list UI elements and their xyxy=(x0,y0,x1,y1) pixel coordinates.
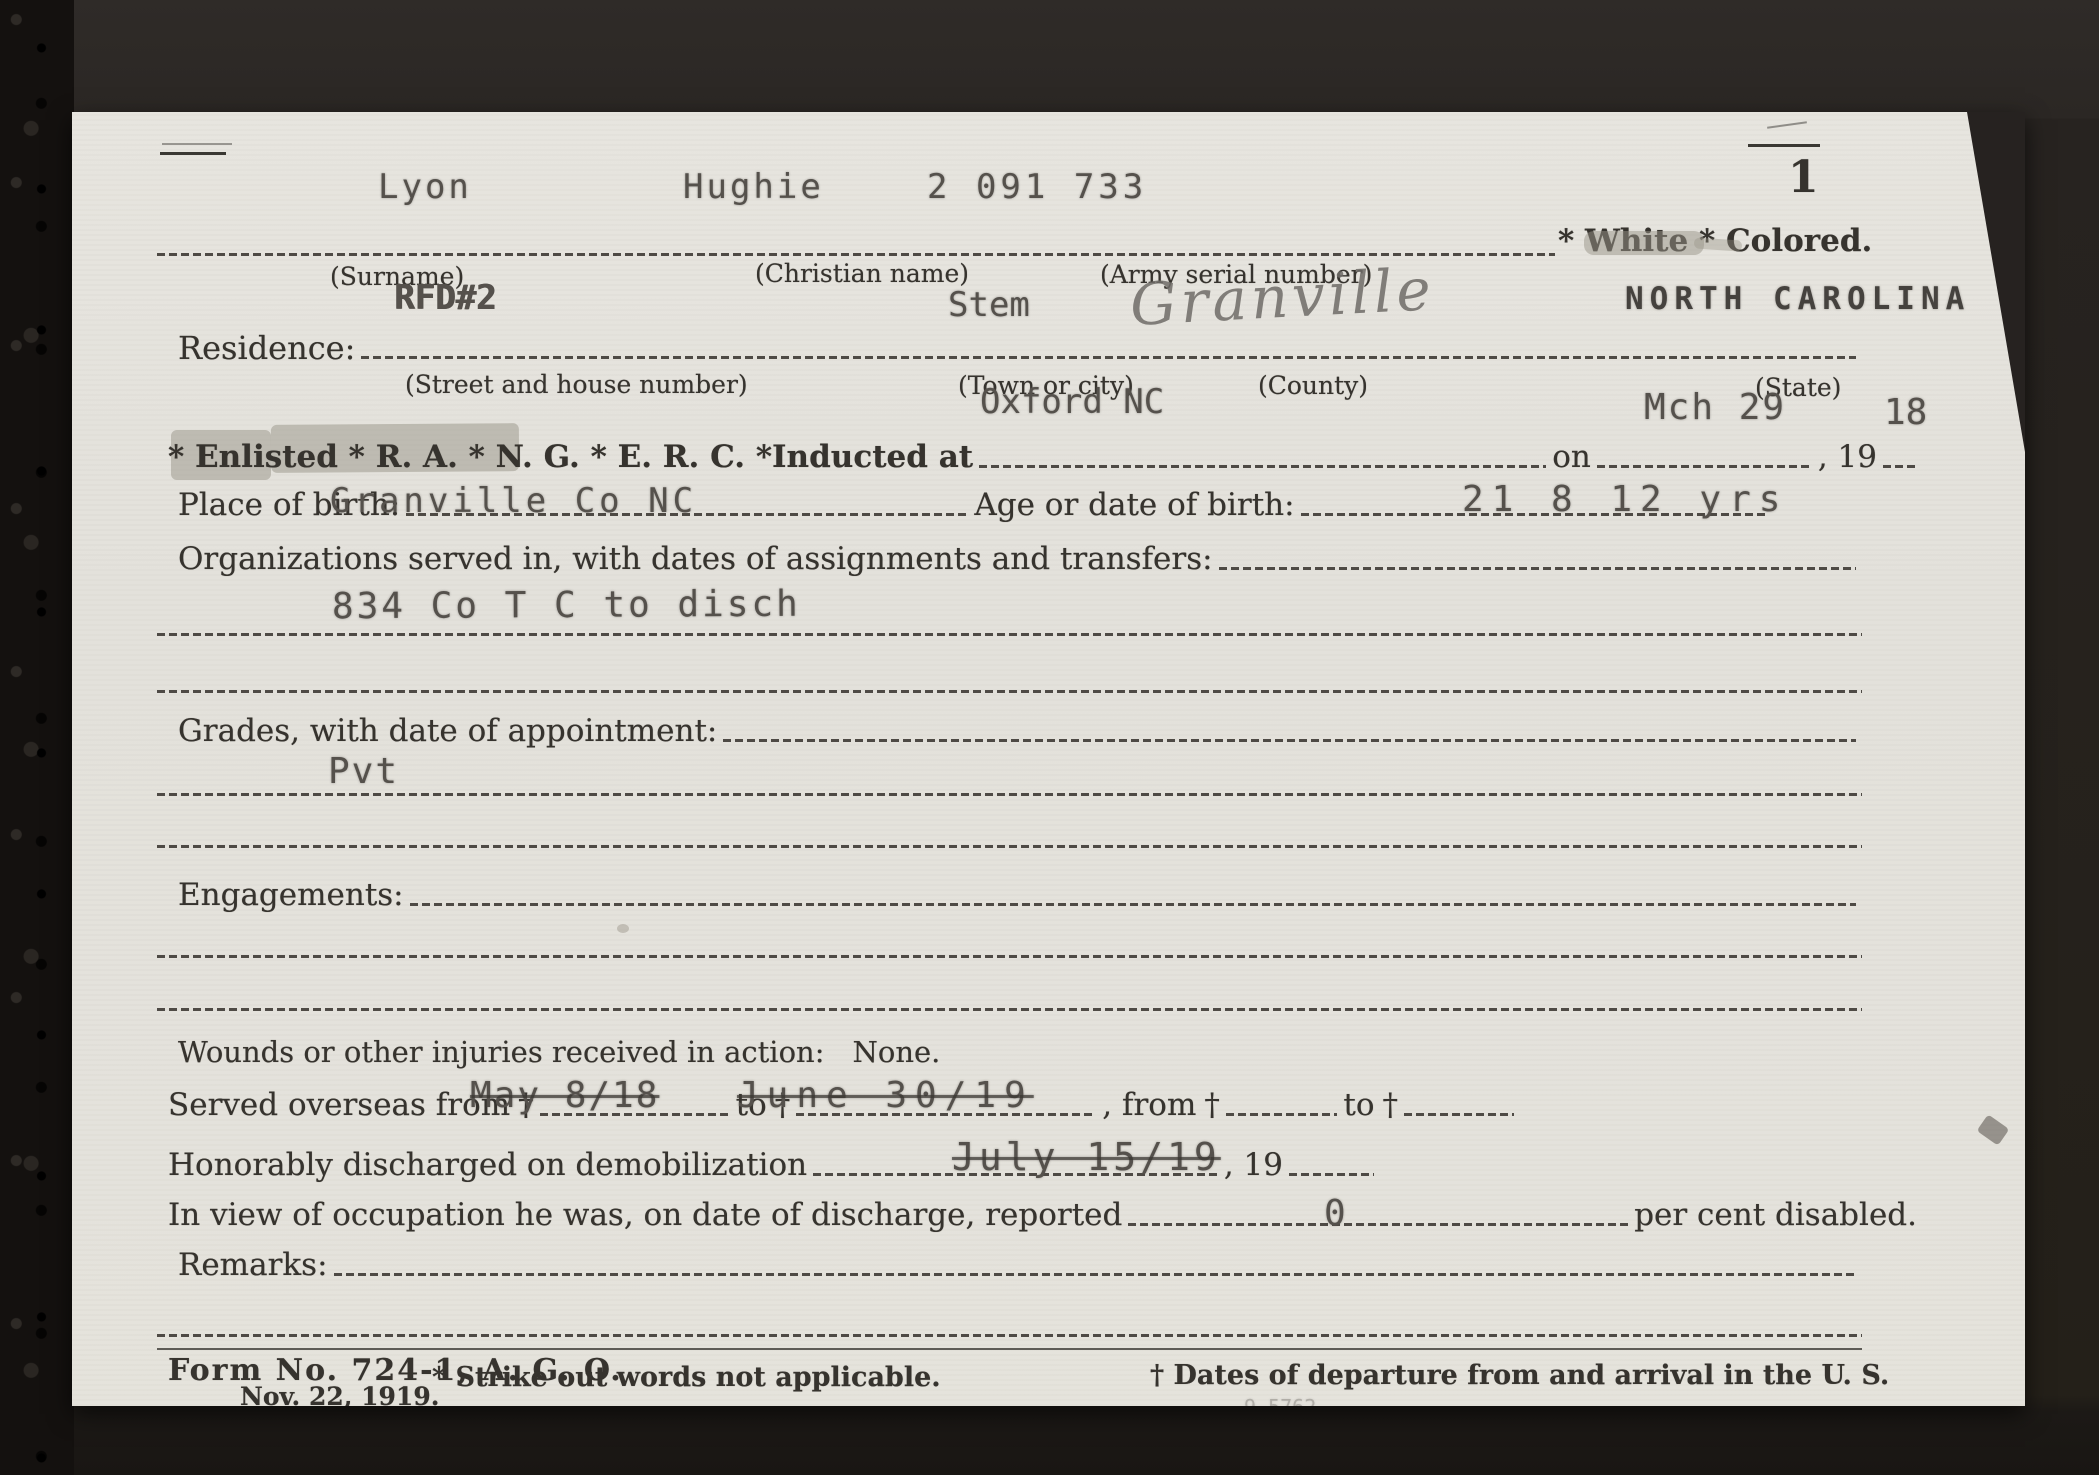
blank-leader xyxy=(1128,1223,1628,1226)
grades-label: Grades, with date of appointment: xyxy=(178,714,717,750)
discharge-label: Honorably discharged on demobilization xyxy=(168,1148,807,1184)
disability-label: In view of occupation he was, on date of… xyxy=(168,1198,1122,1234)
enlistment-options-text: * Enlisted * R. A. * N. G. * E. R. C. *I… xyxy=(168,440,973,476)
induction-year-typed: 18 xyxy=(1884,395,1927,431)
grade-typed: Pvt xyxy=(328,754,399,790)
state-stamp: NORTH CAROLINA xyxy=(1625,284,1970,315)
blank-line xyxy=(157,1008,1862,1011)
scan-corner-shadow xyxy=(1967,112,2025,452)
blank-leader xyxy=(1219,567,1856,570)
wounds-row: Wounds or other injuries received in act… xyxy=(178,1036,940,1069)
pencil-tick-mark xyxy=(1748,144,1820,147)
blank-line xyxy=(157,955,1862,958)
blank-leader xyxy=(361,356,1856,359)
service-record-card: 1 Lyon Hughie 2 091 733 * White * Colore… xyxy=(72,112,2025,1406)
blank-line xyxy=(157,633,1862,636)
scanned-service-card-page: { "colors":{"paper":"#e4e1da","ink":"#36… xyxy=(0,0,2099,1475)
blank-leader xyxy=(1883,465,1919,468)
enlistment-on-word: on xyxy=(1552,440,1591,476)
blank-leader xyxy=(1289,1173,1374,1176)
blank-leader xyxy=(723,739,1856,742)
overseas-to-word-2: to xyxy=(1343,1088,1374,1124)
town-typed: Stem xyxy=(948,288,1030,322)
wounds-value: None. xyxy=(852,1036,940,1069)
disability-row: In view of occupation he was, on date of… xyxy=(168,1198,1917,1234)
overseas-from-typed: May 8/18 xyxy=(470,1078,659,1114)
ink-speck xyxy=(617,924,629,933)
form-date: Nov. 22, 1919. xyxy=(240,1384,439,1406)
print-code: 9—5762 xyxy=(1244,1397,1316,1406)
blank-leader xyxy=(410,903,1856,906)
residence-label: Residence: xyxy=(178,330,355,367)
disability-suffix: per cent disabled. xyxy=(1634,1198,1917,1234)
induction-date-typed: Mch 29 xyxy=(1644,390,1786,426)
page-number: 1 xyxy=(1788,156,1819,200)
remarks-label: Remarks: xyxy=(178,1248,328,1284)
discharge-year-prefix: , 19 xyxy=(1224,1148,1283,1184)
blank-leader xyxy=(1226,1113,1338,1116)
surname-typed: Lyon xyxy=(378,170,472,204)
blank-line xyxy=(157,1334,1862,1337)
blank-line xyxy=(157,690,1862,693)
county-handwritten: Granville xyxy=(1129,260,1436,334)
scan-left-film-strip xyxy=(0,0,74,1475)
dagger-symbol: † xyxy=(1204,1088,1220,1124)
christian-name-typed: Hughie xyxy=(683,170,824,204)
engagements-row: Engagements: xyxy=(178,878,1862,914)
remarks-row: Remarks: xyxy=(178,1248,1862,1284)
discharge-date-typed: July 15/19 xyxy=(952,1138,1221,1176)
overseas-label: Served overseas from xyxy=(168,1088,510,1124)
residence-row: Residence: xyxy=(178,330,1862,367)
form-rule xyxy=(157,253,1555,256)
army-serial-number-typed: 2 091 733 xyxy=(927,170,1147,204)
blank-leader xyxy=(1404,1113,1514,1116)
blank-line xyxy=(157,793,1862,796)
engagements-label: Engagements: xyxy=(178,878,404,914)
overseas-to-typed: June 30/19 xyxy=(737,1078,1034,1114)
strikeout-smudge-white xyxy=(1584,231,1704,255)
blank-leader xyxy=(334,1273,1856,1276)
footnote-asterisk: * Strike out words not applicable. xyxy=(432,1364,941,1391)
organizations-typed: 834 Co T C to disch xyxy=(332,587,801,625)
induction-place-typed: Oxford NC xyxy=(980,385,1164,419)
blank-leader xyxy=(979,465,1546,468)
county-label: (County) xyxy=(1258,373,1368,398)
blank-leader xyxy=(1597,465,1812,468)
enlistment-year-prefix: , 19 xyxy=(1818,440,1877,476)
footnote-dagger: † Dates of departure from and arrival in… xyxy=(1150,1362,1889,1389)
solid-rule xyxy=(157,1348,1862,1350)
wounds-label: Wounds or other injuries received in act… xyxy=(178,1036,824,1069)
street-typed: RFD#2 xyxy=(394,281,496,315)
enlistment-row: * Enlisted * R. A. * N. G. * E. R. C. *I… xyxy=(168,440,1925,476)
age-typed: 21 8 12 yrs xyxy=(1462,482,1788,518)
overseas-from-word: , from xyxy=(1102,1088,1196,1124)
organizations-label: Organizations served in, with dates of a… xyxy=(178,542,1213,578)
christian-name-label: (Christian name) xyxy=(755,261,969,286)
blank-line xyxy=(157,845,1862,848)
pencil-tick-mark xyxy=(160,152,226,155)
pencil-tick-mark xyxy=(162,143,232,145)
grades-row: Grades, with date of appointment: xyxy=(178,714,1862,750)
pencil-scribble xyxy=(1977,1114,2010,1145)
disability-percent-typed: 0 xyxy=(1324,1196,1346,1232)
pencil-tick-mark xyxy=(1767,121,1807,129)
organizations-row: Organizations served in, with dates of a… xyxy=(178,542,1862,578)
age-label: Age or date of birth: xyxy=(974,488,1294,524)
street-label: (Street and house number) xyxy=(405,372,748,397)
dagger-symbol: † xyxy=(1383,1088,1399,1124)
place-of-birth-typed: Granville Co NC xyxy=(330,484,697,518)
